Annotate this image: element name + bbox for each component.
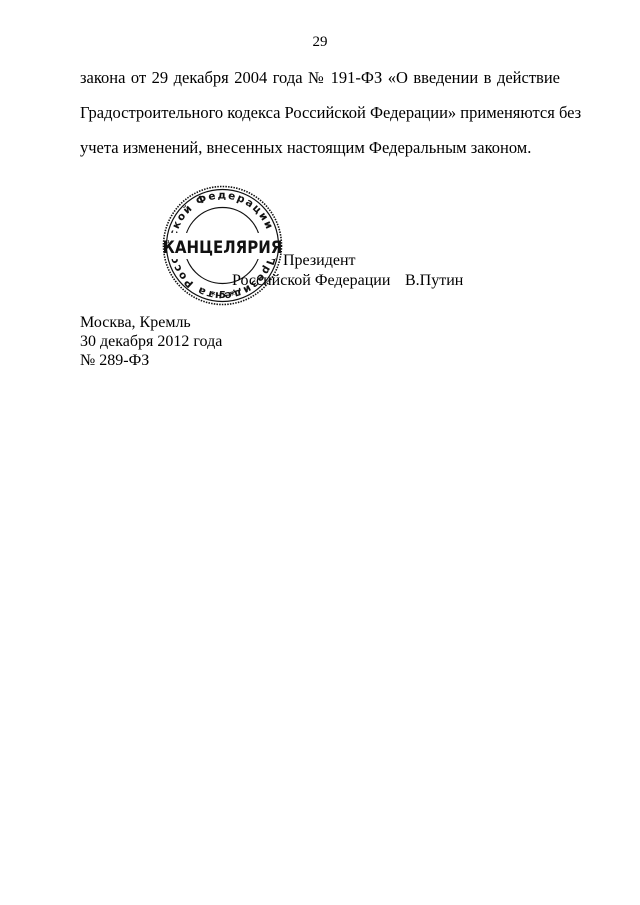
body-text-line-2: Градостроительного кодекса Российской Фе…	[80, 103, 560, 123]
signature-title-line-1: Президент	[283, 252, 356, 270]
stamp-center-text: КАНЦЕЛЯРИЯ	[163, 237, 283, 257]
signature-title-line-2: Российской Федерации	[232, 272, 390, 290]
law-number: № 289-ФЗ	[80, 352, 149, 370]
signing-place: Москва, Кремль	[80, 314, 191, 332]
signatory-name: В.Путин	[405, 272, 463, 290]
body-text-line-1: закона от 29 декабря 2004 года № 191-ФЗ …	[80, 68, 560, 88]
signing-date: 30 декабря 2012 года	[80, 333, 222, 351]
body-text-line-3: учета изменений, внесенных настоящим Фед…	[80, 138, 560, 158]
stamp-number: * 5 *	[210, 290, 235, 301]
page-number: 29	[0, 34, 640, 51]
